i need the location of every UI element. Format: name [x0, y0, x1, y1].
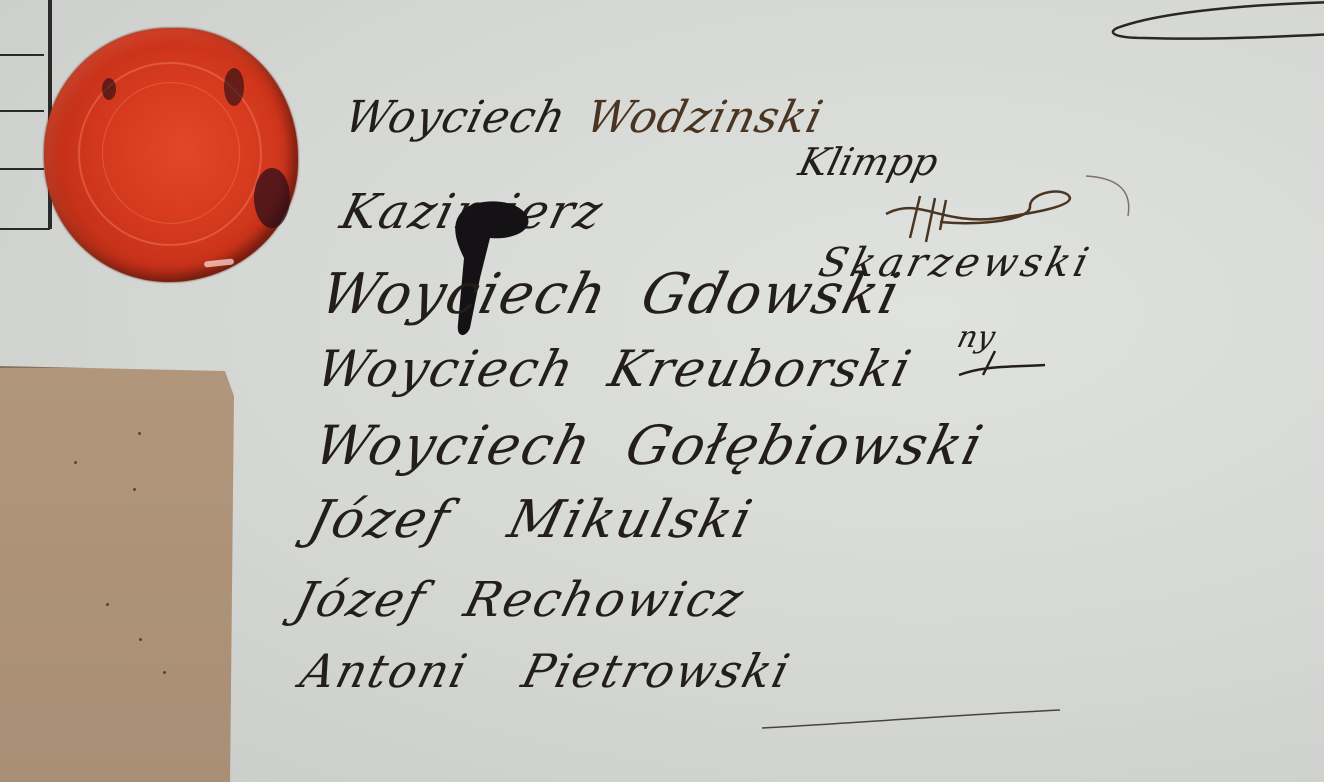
- surname: Kreuborski: [603, 340, 918, 398]
- surname: Mikulski: [502, 490, 759, 550]
- paper-speck: [163, 671, 166, 674]
- pen-flourish-stroke: [1105, 0, 1324, 44]
- paper-speck: [106, 603, 109, 606]
- paper-speck: [139, 638, 142, 641]
- seal-wax-shadow: [224, 68, 244, 106]
- signature-line-4: WoyciechKreuborski: [311, 340, 919, 398]
- klimpp-annotation: Klimpp: [795, 140, 943, 184]
- line-note-stroke: [955, 345, 1055, 385]
- given-name: Antoni: [295, 644, 474, 698]
- table-rule: [0, 54, 44, 56]
- signature-line-1: WoyciechWodzinski: [340, 92, 829, 143]
- faint-curve-mark: [1080, 172, 1140, 232]
- paper-speck: [133, 488, 136, 491]
- paraph-flourish: [880, 186, 1080, 246]
- surname: Pietrowski: [517, 644, 797, 698]
- given-name: Józef: [303, 490, 458, 550]
- kraft-paper-patch: [0, 366, 236, 782]
- seal-glint: [204, 258, 234, 267]
- closing-underline-stroke: [760, 708, 1080, 738]
- paper-speck: [74, 461, 77, 464]
- given-name: Woyciech: [314, 262, 615, 327]
- given-name: Woyciech: [311, 340, 582, 398]
- signature-line-7: JózefRechowicz: [289, 572, 750, 628]
- ruled-table-fragment: [0, 0, 50, 230]
- given-name: Woyciech: [308, 414, 599, 477]
- surname: Gdowski: [635, 262, 908, 327]
- paper-speck: [138, 432, 141, 435]
- wax-seal: [44, 28, 298, 282]
- given-name: Woyciech: [340, 92, 572, 143]
- seal-wax-shadow: [102, 78, 116, 100]
- surname: Wodzinski: [581, 92, 829, 143]
- surname: Rechowicz: [459, 572, 751, 628]
- table-rule: [0, 110, 44, 112]
- signature-line-6: JózefMikulski: [303, 490, 760, 550]
- surname: Gołębiowski: [620, 414, 991, 477]
- signature-line-5: WoyciechGołębiowski: [308, 414, 990, 477]
- signature-line-8: AntoniPietrowski: [295, 644, 796, 698]
- seal-inner-ring: [102, 82, 240, 224]
- table-rule: [0, 168, 44, 170]
- given-name: Józef: [289, 572, 433, 628]
- signature-line-3: WoyciechGdowski: [314, 262, 908, 327]
- seal-wax-shadow: [254, 168, 290, 228]
